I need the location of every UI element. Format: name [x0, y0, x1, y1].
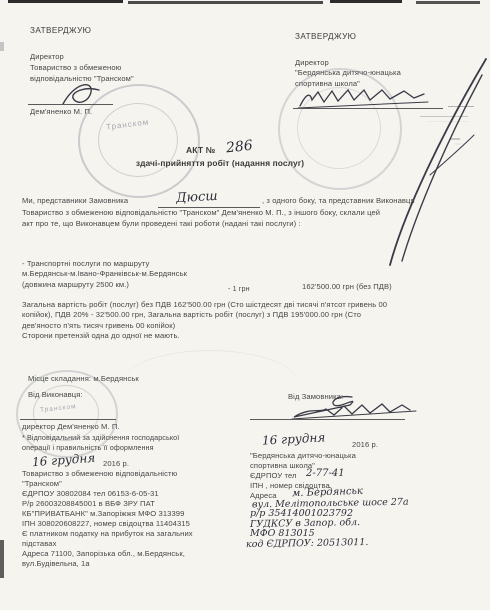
customer-date-handwritten: 16 грудня	[262, 430, 326, 447]
scan-artifact	[0, 540, 4, 578]
customer-org1: "Бердянська дитячо-юнацька	[250, 451, 356, 462]
service-line1: - Транспортні послуги по маршруту	[22, 259, 149, 270]
scan-artifact	[0, 42, 4, 51]
scan-artifact	[128, 1, 323, 4]
intro-line2: Товариство з обмеженою відповідальністю …	[22, 208, 380, 219]
scanned-act-document: ЗАТВЕРДЖУЮ Директор Товариство з обмежен…	[0, 0, 490, 610]
approve-left-signer: Дем'яненко М. П.	[30, 107, 92, 118]
intro-part1: Ми, представники Замовника	[22, 196, 128, 207]
scan-artifact	[8, 0, 123, 3]
executor-signer: директор Дем'яненко М. П.	[22, 422, 120, 433]
act-number-handwritten: 286	[225, 138, 253, 157]
signature-line-executor-bottom	[20, 419, 116, 420]
approve-right-title: ЗАТВЕРДЖУЮ	[295, 32, 356, 43]
customer-hw-line: код ЄДРПОУ: 20513011.	[246, 537, 369, 550]
totals-line2: копійок), ПДВ 20% - 32'500.00 грн, Загал…	[22, 310, 361, 321]
executor-detail-line: КБ"ПРИВАТБАНК" м.Запоріжжя МФО 313399	[22, 509, 184, 520]
scan-artifact	[330, 0, 402, 3]
customer-date-year: 2016 р.	[352, 440, 378, 451]
executor-date-handwritten: 16 грудня	[32, 451, 96, 469]
signature-line-customer-bottom	[250, 419, 405, 420]
approve-left-role: Директор	[30, 52, 64, 63]
totals-line4: Сторони претензій одна до одної не мають…	[22, 331, 180, 342]
executor-detail-line: підставах	[22, 539, 57, 550]
customer-phone-handwritten: 2-77-41	[306, 468, 345, 479]
executor-detail-line: вул.Будівельна, 1а	[22, 559, 90, 570]
signature-line-executor-top	[28, 104, 113, 105]
service-qty: - 1 грн	[228, 284, 250, 295]
scan-artifact	[416, 1, 480, 4]
executor-detail-line: Є платником податку на прибуток на загал…	[22, 529, 193, 540]
executor-detail-line: "Транском"	[22, 479, 62, 490]
customer-name-handwritten: Дюсш	[176, 189, 218, 206]
act-subtitle: здачі-прийняття робіт (надання послуг)	[20, 158, 420, 169]
executor-detail-line: ІПН 308020608227, номер свідоцтва 114043…	[22, 519, 190, 530]
service-line2: м.Бердянськ-м.Івано-Франківськ-м.Бердянс…	[22, 269, 187, 280]
service-line3: (довжина маршруту 2500 км.)	[22, 280, 129, 291]
totals-line3: дев'яносто п'ять тисяч гривень 00 копійо…	[22, 321, 175, 332]
totals-line1: Загальна вартість робіт (послуг) без ПДВ…	[22, 300, 387, 311]
executor-detail-line: ЄДРПОУ 30802084 тел 06153-6-05-31	[22, 489, 159, 500]
intro-part2: , з одного боку, та представник Виконавц…	[262, 196, 415, 207]
executor-date-year: 2016 р.	[103, 459, 129, 470]
act-label: АКТ №	[186, 145, 215, 156]
executor-detail-line: Товариство з обмеженою відповідальністю	[22, 469, 177, 480]
approve-left-title: ЗАТВЕРДЖУЮ	[30, 26, 91, 37]
approve-right-role: Директор	[295, 58, 329, 69]
executor-detail-line: Адреса 71100, Запорізька обл., м.Бердянс…	[22, 549, 185, 560]
intro-line3: акт про те, що Виконавцем були проведені…	[22, 219, 301, 230]
service-amount: 162'500.00 грн (без ПДВ)	[302, 282, 392, 293]
executor-note1: * Відповідальний за здійснення господарс…	[22, 433, 179, 444]
executor-detail-line: Р/р 26003208845001 в ВБФ ЗРУ ПАТ	[22, 499, 155, 510]
stamp-arc-faint	[120, 350, 300, 421]
signature-executor-top	[55, 80, 125, 110]
customer-edrpou-label: ЄДРПОУ тел	[250, 471, 297, 482]
approve-left-org1: Товариство з обмеженою	[30, 63, 121, 74]
